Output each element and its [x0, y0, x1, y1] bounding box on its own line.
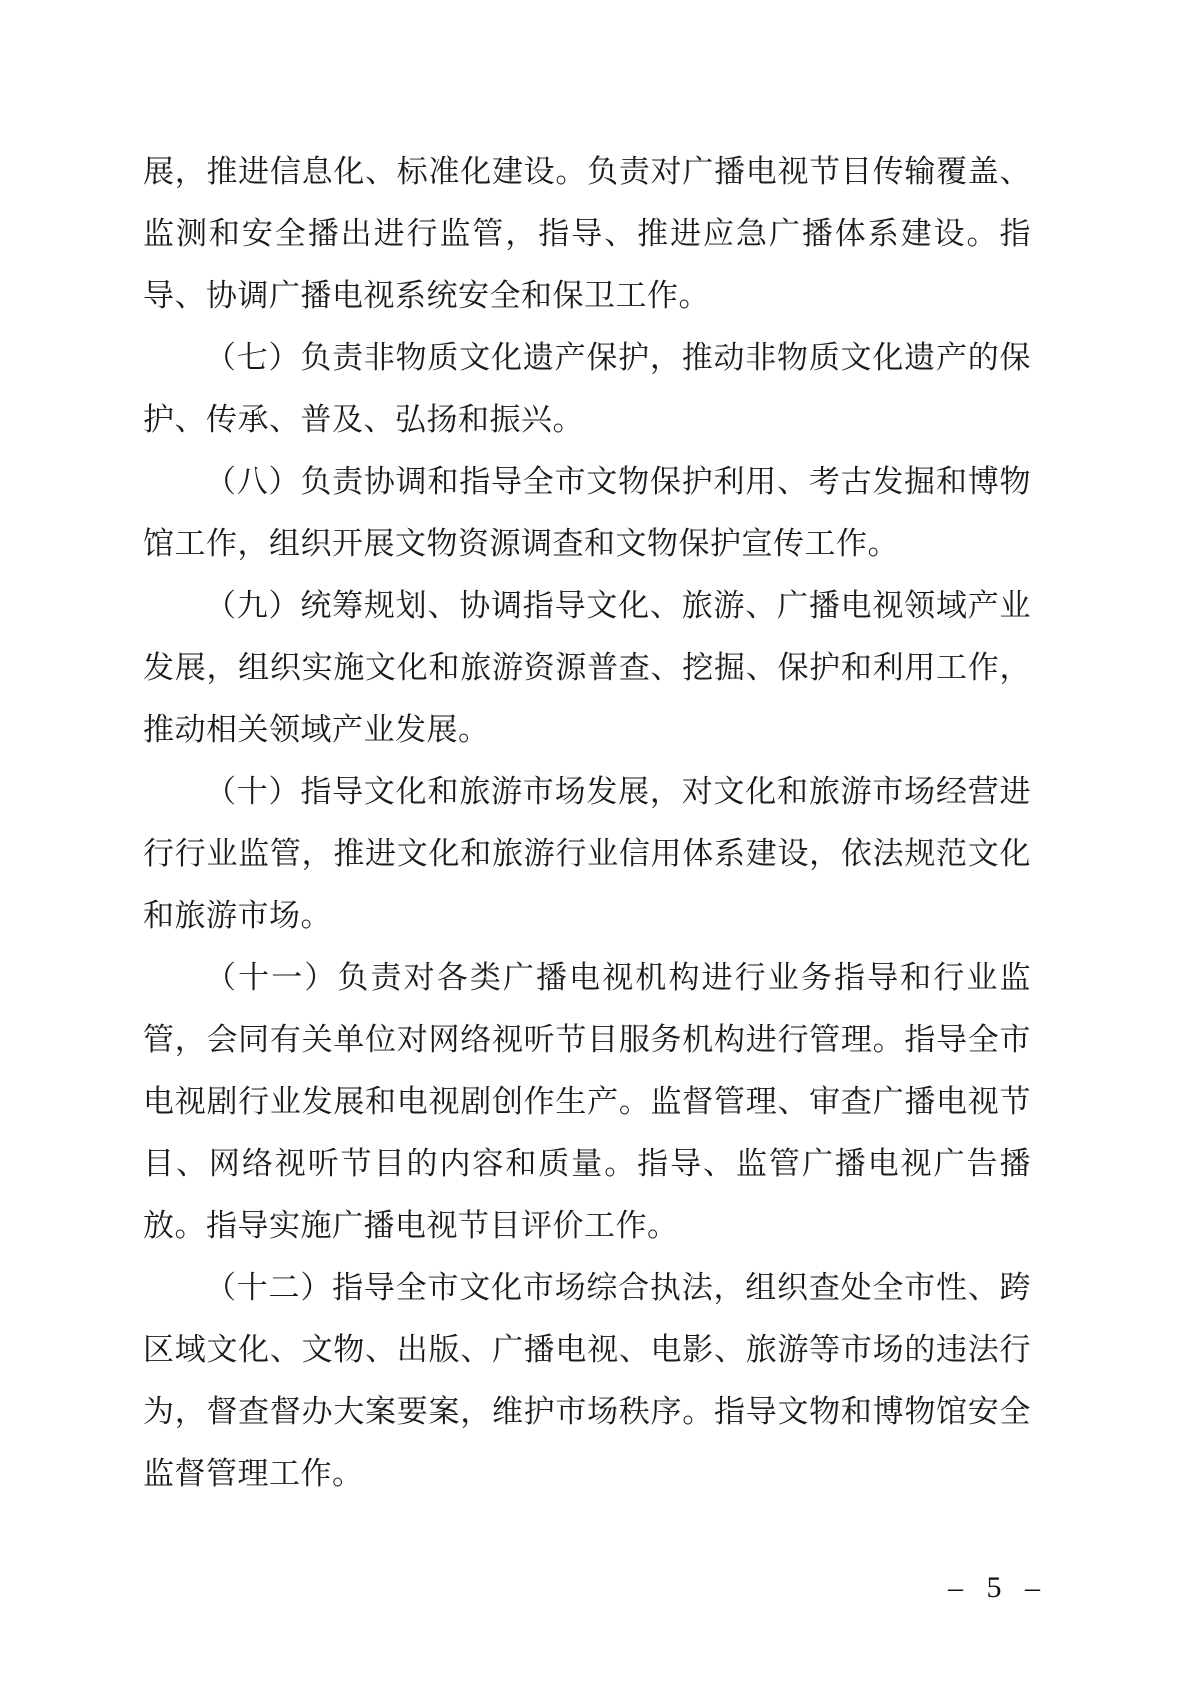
paragraph-item-10: （十）指导文化和旅游市场发展，对文化和旅游市场经营进行行业监管，推进文化和旅游行…: [143, 761, 1031, 947]
paragraph-item-9: （九）统筹规划、协调指导文化、旅游、广播电视领域产业发展，组织实施文化和旅游资源…: [143, 575, 1031, 761]
paragraph-item-7: （七）负责非物质文化遗产保护，推动非物质文化遗产的保护、传承、普及、弘扬和振兴。: [143, 327, 1031, 451]
page-number: – 5 –: [948, 1563, 1042, 1613]
page-footer: – 5 –: [948, 1563, 1042, 1613]
paragraph-item-11: （十一）负责对各类广播电视机构进行业务指导和行业监管，会同有关单位对网络视听节目…: [143, 947, 1031, 1257]
paragraph-item-8: （八）负责协调和指导全市文物保护利用、考古发掘和博物馆工作，组织开展文物资源调查…: [143, 451, 1031, 575]
paragraph-item-12: （十二）指导全市文化市场综合执法，组织查处全市性、跨区域文化、文物、出版、广播电…: [143, 1257, 1031, 1505]
paragraph-continuation: 展，推进信息化、标准化建设。负责对广播电视节目传输覆盖、监测和安全播出进行监管，…: [143, 141, 1031, 327]
document-body: 展，推进信息化、标准化建设。负责对广播电视节目传输覆盖、监测和安全播出进行监管，…: [143, 141, 1031, 1505]
document-page: 展，推进信息化、标准化建设。负责对广播电视节目传输覆盖、监测和安全播出进行监管，…: [0, 0, 1190, 1683]
